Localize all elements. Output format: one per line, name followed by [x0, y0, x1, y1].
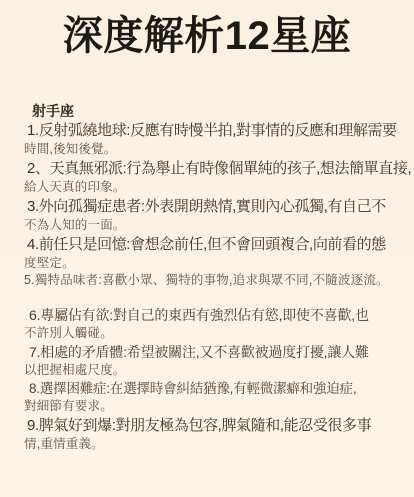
- trait-line-2a: 2、天真無邪派:行為舉止有時像個單純的孩子,想法簡單直接,: [24, 158, 396, 179]
- paragraph-gap: [24, 289, 396, 305]
- page-title: 深度解析12星座: [0, 0, 414, 60]
- trait-line-1b: 時間,後知後覺。: [24, 141, 396, 158]
- content-area: 射手座 1.反射弧繞地球:反應有時慢半拍,對事情的反應和理解需要 時間,後知後覺…: [0, 103, 414, 453]
- trait-line-4b: 度堅定。: [24, 255, 396, 272]
- trait-line-2b: 給人天真的印象。: [24, 179, 396, 196]
- trait-line-6a: 6.專屬佔有欲:對自己的東西有強烈佔有慾,即使不喜歡,也: [24, 305, 396, 325]
- trait-line-1a: 1.反射弧繞地球:反應有時慢半拍,對事情的反應和理解需要: [24, 120, 396, 141]
- trait-line-7a: 7.相處的矛盾體:希望被關注,又不喜歡被過度打擾,讓人難: [24, 342, 396, 362]
- trait-line-5: 5.獨特品味者:喜歡小眾、獨特的事物,追求與眾不同,不隨波逐流。: [24, 272, 396, 289]
- trait-line-7b: 以把握相處尺度。: [24, 362, 396, 379]
- trait-line-8a: 8.選擇困難症:在選擇時會糾結猶豫,有輕微潔癖和強迫症,: [24, 379, 396, 398]
- section-heading-sagittarius: 射手座: [24, 103, 396, 120]
- zodiac-poster: 深度解析12星座 射手座 1.反射弧繞地球:反應有時慢半拍,對事情的反應和理解需…: [0, 0, 414, 497]
- trait-line-3b: 不為人知的一面。: [24, 217, 396, 234]
- trait-line-9a: 9.脾氣好到爆:對朋友極為包容,脾氣隨和,能忍受很多事: [24, 415, 396, 436]
- trait-line-3a: 3.外向孤獨症患者:外表開朗熱情,實則內心孤獨,有自己不: [24, 196, 396, 217]
- trait-line-4a: 4.前任只是回憶:會想念前任,但不會回頭複合,向前看的態: [24, 234, 396, 255]
- trait-line-8b: 對細節有要求。: [24, 398, 396, 415]
- trait-line-9b: 情,重情重義。: [24, 436, 396, 453]
- trait-line-6b: 不許別人觸碰。: [24, 325, 396, 342]
